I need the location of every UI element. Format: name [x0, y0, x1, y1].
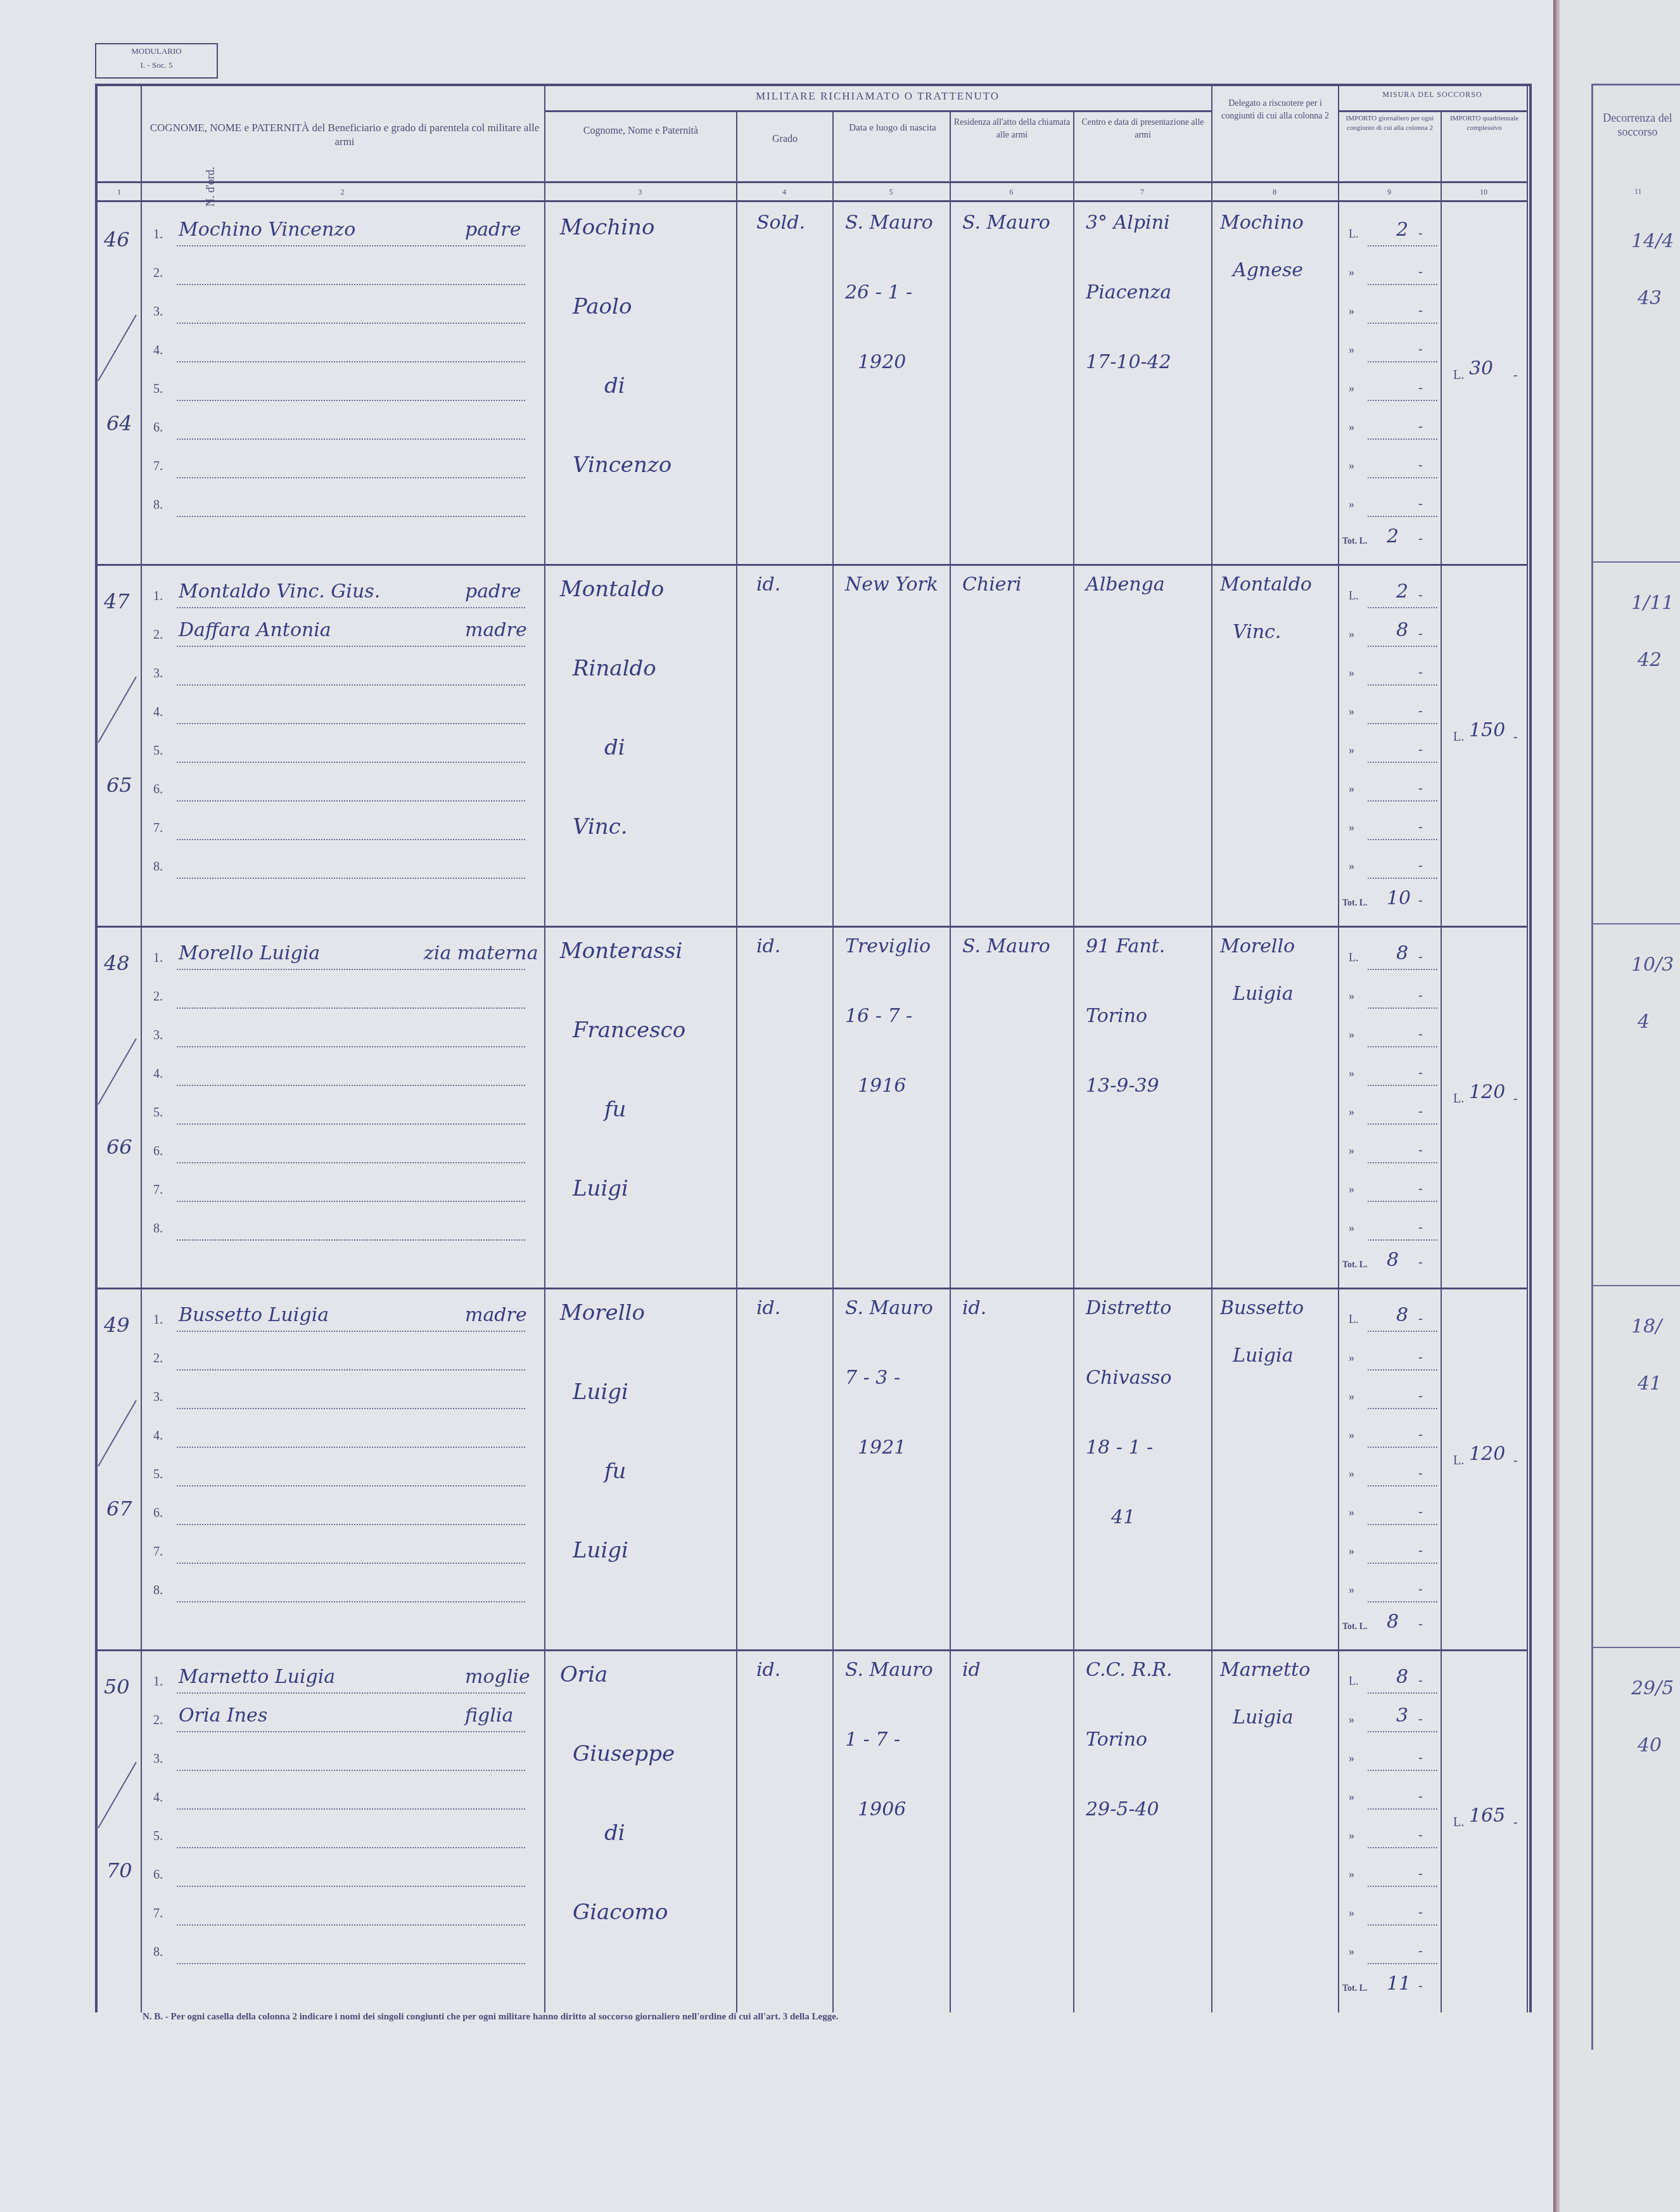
beneficiary-line-number: 6. — [153, 1868, 163, 1883]
cents-dash: - — [1418, 950, 1423, 964]
ditto-mark: » — [1349, 1390, 1354, 1403]
residenza-value: Chieri — [962, 573, 1022, 596]
nascita-part: 16 - 7 - — [845, 1005, 912, 1027]
militare-name-part: Montaldo — [560, 577, 664, 602]
beneficiary-relation: padre — [465, 219, 521, 241]
total-label: Tot. L. — [1342, 1622, 1368, 1632]
lire-label: L. — [1453, 1815, 1464, 1830]
form-code-line2: I. - Soc. 5 — [96, 58, 217, 72]
cents-dash: - — [1418, 1867, 1423, 1881]
grado-value: Sold. — [756, 212, 805, 234]
cents-dash: - — [1418, 665, 1423, 680]
importo-giornaliero-value: 8 — [1396, 619, 1408, 641]
group-header-misura: MISURA DEL SOCCORSO — [1338, 90, 1527, 99]
ditto-mark: » — [1349, 1907, 1354, 1920]
beneficiary-line-number: 4. — [153, 705, 163, 720]
ditto-mark: » — [1349, 1028, 1354, 1042]
decorrenza-value: 18/ — [1631, 1315, 1662, 1338]
ditto-mark: » — [1349, 1467, 1354, 1481]
decorrenza-value: 1/11 — [1631, 592, 1674, 614]
beneficiary-line-number: 5. — [153, 1829, 163, 1844]
beneficiary-line-number: 6. — [153, 783, 163, 797]
nascita-part: Treviglio — [845, 935, 931, 957]
cents-dash: - — [1418, 265, 1423, 279]
beneficiary-line-number: 2. — [153, 1713, 163, 1728]
delegato-part: Luigia — [1233, 983, 1294, 1005]
cents-dash: - — [1418, 1979, 1423, 1993]
beneficiary-line-number: 7. — [153, 459, 163, 474]
beneficiary-name: Daffara Antonia — [179, 619, 331, 641]
beneficiary-name: Montaldo Vinc. Gius. — [179, 580, 380, 603]
record-secondary-number: 65 — [106, 773, 132, 797]
col-header-militare-name: Cognome, Nome e Paternità — [550, 124, 731, 138]
nascita-part: 1916 — [858, 1075, 906, 1097]
cents-dash: - — [1418, 1751, 1423, 1765]
cents-dash: - — [1418, 458, 1423, 473]
nascita-part: 1920 — [858, 351, 906, 373]
ditto-mark: » — [1349, 628, 1354, 641]
decorrenza-value: 40 — [1638, 1734, 1662, 1756]
col-header-importo-giornaliero: IMPORTO giornaliero per ogni congiunto d… — [1339, 114, 1441, 133]
centro-part: 3° Alpini — [1086, 212, 1170, 234]
centro-part: 13-9-39 — [1086, 1075, 1159, 1097]
ditto-mark: » — [1349, 744, 1354, 757]
delegato-part: Vinc. — [1233, 621, 1281, 643]
militare-name-part: fu — [604, 1459, 626, 1484]
centro-part: Distretto — [1086, 1297, 1171, 1319]
column-number: 2 — [141, 188, 544, 197]
cents-dash: - — [1418, 781, 1423, 796]
cents-dash: - — [1418, 1182, 1423, 1196]
cents-dash: - — [1513, 1815, 1518, 1830]
ditto-mark: » — [1349, 305, 1354, 318]
nascita-part: New York — [845, 573, 938, 596]
grado-value: id. — [756, 1297, 780, 1319]
beneficiary-relation: zia materna — [424, 942, 538, 964]
beneficiary-line-number: 8. — [153, 860, 163, 874]
ditto-mark: » — [1349, 990, 1354, 1003]
delegato-part: Luigia — [1233, 1706, 1294, 1729]
beneficiary-name: Mochino Vincenzo — [179, 219, 355, 241]
lire-label: L. — [1453, 368, 1464, 383]
cents-dash: - — [1418, 1255, 1423, 1270]
importo-giornaliero-value: 3 — [1396, 1704, 1408, 1727]
lire-label: L. — [1453, 730, 1464, 745]
column-number: 1 — [98, 188, 141, 197]
centro-part: 29-5-40 — [1086, 1798, 1159, 1820]
beneficiary-line-number: 4. — [153, 343, 163, 358]
ditto-mark: » — [1349, 1429, 1354, 1442]
total-label: Tot. L. — [1342, 537, 1368, 547]
decorrenza-value: 42 — [1638, 649, 1662, 671]
beneficiary-relation: madre — [465, 1304, 527, 1326]
beneficiary-line-number: 7. — [153, 1907, 163, 1921]
facing-column-number: 11 — [1634, 187, 1642, 196]
record-number: 50 — [104, 1675, 130, 1699]
total-label: Tot. L. — [1342, 1260, 1368, 1270]
record-secondary-number: 66 — [106, 1135, 132, 1159]
beneficiary-line-number: 8. — [153, 1222, 163, 1236]
cents-dash: - — [1418, 1104, 1423, 1119]
column-number: 4 — [736, 188, 832, 197]
militare-name-part: Vincenzo — [573, 452, 671, 478]
beneficiary-relation: madre — [465, 619, 527, 641]
column-number: 3 — [544, 188, 736, 197]
cents-dash: - — [1418, 1428, 1423, 1442]
importo-giornaliero-value: 2 — [1396, 219, 1408, 241]
ditto-mark: » — [1349, 1352, 1354, 1365]
ditto-mark: » — [1349, 1222, 1354, 1235]
delegato-part: Mochino — [1220, 212, 1304, 234]
militare-name-part: Giuseppe — [573, 1741, 675, 1767]
beneficiary-line-number: 3. — [153, 667, 163, 681]
col-header-ord: N. d'ord. — [204, 167, 217, 207]
cents-dash: - — [1418, 532, 1423, 546]
beneficiary-line-number: 6. — [153, 1144, 163, 1159]
lire-label: L. — [1349, 1675, 1359, 1688]
ditto-mark: » — [1349, 1945, 1354, 1959]
militare-name-part: Oria — [560, 1662, 608, 1687]
cents-dash: - — [1418, 1505, 1423, 1519]
record-divider-slash — [98, 1762, 137, 1829]
beneficiary-line-number: 5. — [153, 1467, 163, 1482]
col-header-nascita: Data e luogo di nascita — [836, 121, 950, 135]
beneficiary-line-number: 8. — [153, 498, 163, 513]
grado-value: id. — [756, 573, 780, 596]
record-number: 47 — [104, 589, 130, 613]
beneficiary-name: Oria Ines — [179, 1704, 267, 1727]
record-divider-slash — [98, 315, 137, 381]
record-secondary-number: 67 — [106, 1497, 132, 1521]
importo-quadriennale-value: 30 — [1469, 357, 1493, 380]
cents-dash: - — [1418, 988, 1423, 1003]
cents-dash: - — [1418, 419, 1423, 434]
cents-dash: - — [1418, 497, 1423, 511]
cents-dash: - — [1418, 704, 1423, 719]
lire-label: L. — [1453, 1454, 1464, 1468]
nascita-part: 26 - 1 - — [845, 281, 912, 304]
column-number: 7 — [1073, 188, 1211, 197]
militare-name-part: Monterassi — [560, 938, 682, 964]
total-label: Tot. L. — [1342, 898, 1368, 909]
importo-giornaliero-value: 8 — [1396, 1304, 1408, 1326]
beneficiary-line-number: 4. — [153, 1067, 163, 1082]
beneficiary-line-number: 1. — [153, 227, 163, 242]
form-code-box: MODULARIO I. - Soc. 5 — [95, 43, 218, 79]
cents-dash: - — [1418, 226, 1423, 241]
cents-dash: - — [1418, 588, 1423, 603]
beneficiary-line-number: 2. — [153, 266, 163, 281]
beneficiary-line-number: 7. — [153, 1545, 163, 1559]
militare-name-part: fu — [604, 1097, 626, 1122]
ditto-mark: » — [1349, 1545, 1354, 1558]
total-label: Tot. L. — [1342, 1984, 1368, 1994]
cents-dash: - — [1418, 1789, 1423, 1804]
decorrenza-value: 41 — [1638, 1372, 1662, 1395]
ditto-mark: » — [1349, 421, 1354, 434]
beneficiary-line-number: 5. — [153, 1106, 163, 1120]
cents-dash: - — [1513, 1454, 1518, 1468]
centro-part: Chivasso — [1086, 1367, 1172, 1389]
delegato-part: Agnese — [1233, 259, 1303, 281]
record-divider-slash — [98, 1400, 137, 1467]
ditto-mark: » — [1349, 1829, 1354, 1843]
beneficiary-line-number: 2. — [153, 990, 163, 1004]
cents-dash: - — [1418, 1905, 1423, 1920]
ditto-mark: » — [1349, 1144, 1354, 1158]
importo-quadriennale-value: 150 — [1469, 719, 1505, 741]
beneficiary-relation: padre — [465, 580, 521, 603]
column-number: 5 — [832, 188, 950, 197]
column-number: 8 — [1211, 188, 1338, 197]
militare-name-part: Francesco — [573, 1018, 685, 1043]
ditto-mark: » — [1349, 343, 1354, 357]
beneficiary-line-number: 3. — [153, 1028, 163, 1043]
column-number: 6 — [950, 188, 1073, 197]
ditto-mark: » — [1349, 382, 1354, 395]
centro-part: Torino — [1086, 1005, 1147, 1027]
nascita-part: 1 - 7 - — [845, 1729, 900, 1751]
cents-dash: - — [1418, 304, 1423, 318]
cents-dash: - — [1418, 627, 1423, 641]
ditto-mark: » — [1349, 1868, 1354, 1881]
ditto-mark: » — [1349, 860, 1354, 873]
cents-dash: - — [1418, 1944, 1423, 1959]
record-number: 49 — [104, 1313, 130, 1337]
ditto-mark: » — [1349, 1583, 1354, 1597]
group-header-militare: MILITARE RICHIAMATO O TRATTENUTO — [544, 90, 1211, 103]
col-header-beneficiary: COGNOME, NOME e PATERNITÀ del Beneficiar… — [148, 121, 541, 149]
beneficiary-line-number: 2. — [153, 1352, 163, 1366]
beneficiary-line-number: 1. — [153, 1313, 163, 1327]
centro-part: Albenga — [1086, 573, 1165, 596]
facing-page-table — [1591, 84, 1680, 2050]
record-number: 46 — [104, 227, 130, 252]
importo-quadriennale-value: 165 — [1469, 1805, 1505, 1827]
ditto-mark: » — [1349, 1183, 1354, 1196]
militare-name-part: Rinaldo — [573, 656, 656, 681]
centro-part: 41 — [1111, 1506, 1135, 1528]
militare-name-part: Morello — [560, 1300, 645, 1326]
record-divider-slash — [98, 677, 137, 743]
ditto-mark: » — [1349, 705, 1354, 719]
delegato-part: Morello — [1220, 935, 1295, 957]
cents-dash: - — [1418, 342, 1423, 357]
column-number: 9 — [1338, 188, 1441, 197]
beneficiary-name: Bussetto Luigia — [179, 1304, 329, 1326]
ditto-mark: » — [1349, 1106, 1354, 1119]
register-table: N. d'ord. COGNOME, NOME e PATERNITÀ del … — [95, 84, 1532, 2012]
centro-part: 91 Fant. — [1086, 935, 1165, 957]
importo-totale-value: 8 — [1387, 1249, 1399, 1271]
delegato-part: Marnetto — [1220, 1659, 1310, 1681]
ditto-mark: » — [1349, 498, 1354, 511]
beneficiary-line-number: 1. — [153, 1675, 163, 1689]
beneficiary-line-number: 7. — [153, 821, 163, 836]
cents-dash: - — [1418, 1027, 1423, 1042]
ditto-mark: » — [1349, 667, 1354, 680]
record-secondary-number: 64 — [106, 411, 132, 435]
page-gutter — [1553, 0, 1560, 2212]
militare-name-part: Paolo — [573, 294, 632, 319]
centro-part: 18 - 1 - — [1086, 1436, 1153, 1459]
ditto-mark: » — [1349, 821, 1354, 834]
record-divider-slash — [98, 1039, 137, 1105]
record-secondary-number: 70 — [106, 1858, 132, 1883]
col-header-importo-quadriennale: IMPORTO quadriennale complessivo — [1442, 114, 1527, 133]
decorrenza-value: 14/4 — [1631, 230, 1674, 252]
lire-label: L. — [1453, 1092, 1464, 1106]
militare-name-part: Luigi — [573, 1379, 628, 1405]
residenza-value: S. Mauro — [962, 935, 1050, 957]
nascita-part: S. Mauro — [845, 1659, 933, 1681]
residenza-value: id — [962, 1659, 981, 1681]
nascita-part: 1906 — [858, 1798, 906, 1820]
ditto-mark: » — [1349, 459, 1354, 473]
cents-dash: - — [1418, 1617, 1423, 1632]
importo-totale-value: 11 — [1387, 1972, 1411, 1995]
cents-dash: - — [1418, 893, 1423, 908]
decorrenza-value: 29/5 — [1631, 1677, 1674, 1699]
nascita-part: S. Mauro — [845, 1297, 933, 1319]
beneficiary-line-number: 5. — [153, 382, 163, 397]
cents-dash: - — [1418, 859, 1423, 873]
beneficiary-line-number: 6. — [153, 1506, 163, 1521]
cents-dash: - — [1513, 1092, 1518, 1106]
beneficiary-name: Morello Luigia — [179, 942, 320, 964]
ditto-mark: » — [1349, 1752, 1354, 1765]
cents-dash: - — [1418, 1582, 1423, 1597]
ditto-mark: » — [1349, 1067, 1354, 1080]
lire-label: L. — [1349, 589, 1359, 603]
beneficiary-line-number: 4. — [153, 1791, 163, 1805]
col-header-centro: Centro e data di presentazione alle armi — [1074, 117, 1211, 142]
militare-name-part: Mochino — [560, 215, 654, 240]
cents-dash: - — [1513, 730, 1518, 745]
footnote: N. B. - Per ogni casella della colonna 2… — [143, 2012, 839, 2023]
delegato-part: Bussetto — [1220, 1297, 1304, 1319]
decorrenza-value: 10/3 — [1631, 954, 1674, 976]
cents-dash: - — [1418, 381, 1423, 395]
column-number: 10 — [1441, 188, 1527, 197]
ditto-mark: » — [1349, 266, 1354, 279]
cents-dash: - — [1513, 368, 1518, 383]
beneficiary-line-number: 1. — [153, 951, 163, 966]
facing-column-header: Decorrenza del soccorso — [1596, 111, 1679, 139]
form-code-line1: MODULARIO — [96, 44, 217, 58]
nascita-part: 1921 — [858, 1436, 906, 1459]
grado-value: id. — [756, 1659, 780, 1681]
ditto-mark: » — [1349, 1506, 1354, 1519]
militare-name-part: Giacomo — [573, 1900, 668, 1925]
cents-dash: - — [1418, 1143, 1423, 1158]
beneficiary-line-number: 8. — [153, 1583, 163, 1598]
record-number: 48 — [104, 951, 130, 975]
cents-dash: - — [1418, 1828, 1423, 1843]
cents-dash: - — [1418, 820, 1423, 834]
cents-dash: - — [1418, 743, 1423, 757]
militare-name-part: di — [604, 735, 625, 760]
ditto-mark: » — [1349, 1713, 1354, 1727]
importo-giornaliero-value: 2 — [1396, 580, 1408, 603]
importo-giornaliero-value: 8 — [1396, 942, 1408, 964]
cents-dash: - — [1418, 1312, 1423, 1326]
cents-dash: - — [1418, 1066, 1423, 1080]
cents-dash: - — [1418, 1544, 1423, 1558]
col-header-grado: Grado — [737, 134, 832, 145]
lire-label: L. — [1349, 951, 1359, 964]
importo-totale-value: 8 — [1387, 1611, 1399, 1633]
beneficiary-line-number: 7. — [153, 1183, 163, 1198]
cents-dash: - — [1418, 1712, 1423, 1727]
centro-part: C.C. R.R. — [1086, 1659, 1173, 1681]
decorrenza-value: 4 — [1638, 1011, 1650, 1033]
importo-giornaliero-value: 8 — [1396, 1666, 1408, 1688]
nascita-part: 7 - 3 - — [845, 1367, 900, 1389]
lire-label: L. — [1349, 227, 1359, 241]
col-header-residenza: Residenza all'atto della chiamata alle a… — [951, 117, 1073, 142]
cents-dash: - — [1418, 1220, 1423, 1235]
cents-dash: - — [1418, 1673, 1423, 1688]
beneficiary-relation: figlia — [465, 1704, 513, 1727]
importo-quadriennale-value: 120 — [1469, 1443, 1505, 1465]
delegato-part: Luigia — [1233, 1345, 1294, 1367]
beneficiary-line-number: 1. — [153, 589, 163, 604]
ditto-mark: » — [1349, 783, 1354, 796]
cents-dash: - — [1418, 1350, 1423, 1365]
militare-name-part: di — [604, 373, 625, 399]
decorrenza-value: 43 — [1638, 287, 1662, 309]
residenza-value: S. Mauro — [962, 212, 1050, 234]
beneficiary-line-number: 3. — [153, 1390, 163, 1405]
militare-name-part: Luigi — [573, 1176, 628, 1201]
centro-part: 17-10-42 — [1086, 351, 1171, 373]
beneficiary-line-number: 3. — [153, 305, 163, 319]
col-header-delegato: Delegato a riscuotere per i congiunti di… — [1212, 98, 1338, 123]
centro-part: Piacenza — [1086, 281, 1171, 304]
lire-label: L. — [1349, 1313, 1359, 1326]
ditto-mark: » — [1349, 1791, 1354, 1804]
residenza-value: id. — [962, 1297, 986, 1319]
beneficiary-line-number: 4. — [153, 1429, 163, 1443]
beneficiary-line-number: 5. — [153, 744, 163, 758]
beneficiary-line-number: 2. — [153, 628, 163, 643]
nascita-part: S. Mauro — [845, 212, 933, 234]
beneficiary-relation: moglie — [465, 1666, 530, 1688]
grado-value: id. — [756, 935, 780, 957]
centro-part: Torino — [1086, 1729, 1147, 1751]
militare-name-part: Vinc. — [573, 814, 628, 840]
delegato-part: Montaldo — [1220, 573, 1312, 596]
beneficiary-name: Marnetto Luigia — [179, 1666, 335, 1688]
cents-dash: - — [1418, 1466, 1423, 1481]
importo-quadriennale-value: 120 — [1469, 1081, 1505, 1103]
beneficiary-line-number: 3. — [153, 1752, 163, 1767]
militare-name-part: Luigi — [573, 1538, 628, 1563]
beneficiary-line-number: 6. — [153, 421, 163, 435]
importo-totale-value: 10 — [1387, 887, 1411, 909]
cents-dash: - — [1418, 1389, 1423, 1403]
beneficiary-line-number: 8. — [153, 1945, 163, 1960]
militare-name-part: di — [604, 1820, 625, 1846]
importo-totale-value: 2 — [1387, 525, 1399, 547]
